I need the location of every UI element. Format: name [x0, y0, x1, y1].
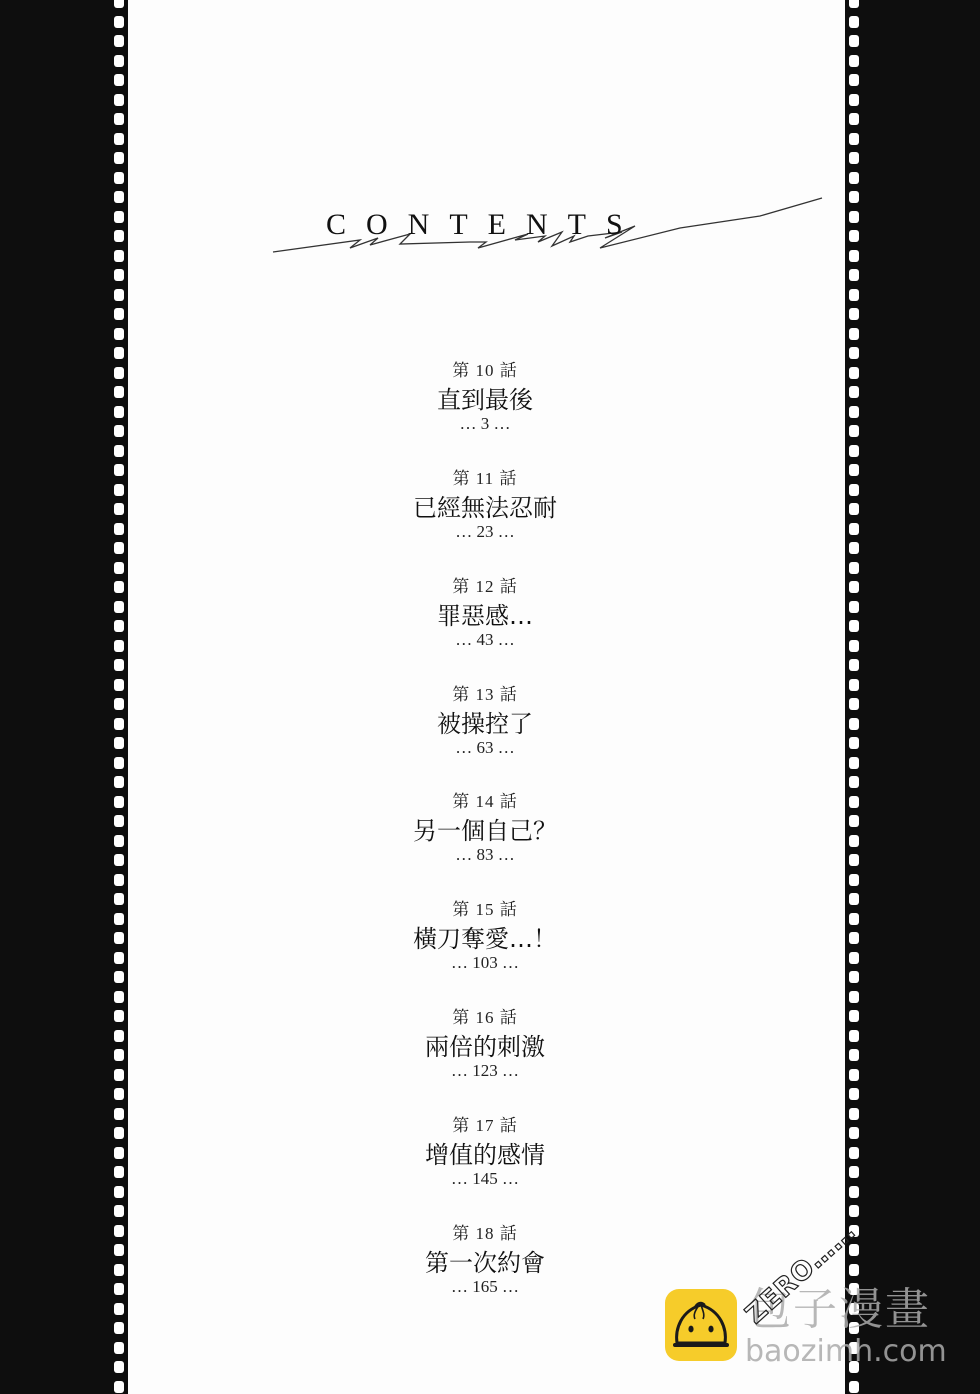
sprocket-hole — [114, 484, 124, 496]
sprocket-hole — [849, 659, 859, 671]
sprocket-hole — [114, 1264, 124, 1276]
sprocket-hole — [849, 620, 859, 632]
chapter-page: … 3 … — [320, 414, 650, 434]
sprocket-hole — [114, 932, 124, 944]
sprocket-hole — [849, 679, 859, 691]
sprocket-hole — [114, 796, 124, 808]
sprocket-hole — [849, 1030, 859, 1042]
chapter-page: … 23 … — [320, 522, 650, 542]
sprocket-hole — [849, 815, 859, 827]
sprocket-hole — [114, 386, 124, 398]
sprocket-hole — [849, 854, 859, 866]
sprocket-hole — [114, 0, 124, 8]
sprocket-hole — [849, 1186, 859, 1198]
sprocket-hole — [849, 874, 859, 886]
sprocket-hole — [849, 230, 859, 242]
sprocket-hole — [849, 0, 859, 8]
sprocket-hole — [849, 562, 859, 574]
film-strip-left — [0, 0, 128, 1394]
sprocket-hole — [114, 172, 124, 184]
sprocket-hole — [114, 230, 124, 242]
sprocket-hole — [849, 932, 859, 944]
chapter-number: 第 12 話 — [320, 576, 650, 598]
sprocket-hole — [114, 1010, 124, 1022]
chapter-number: 第 13 話 — [320, 684, 650, 706]
sprocket-hole — [849, 308, 859, 320]
sprocket-hole — [114, 1342, 124, 1354]
sprocket-hole — [114, 1225, 124, 1237]
sprocket-hole — [114, 94, 124, 106]
sprocket-hole — [114, 35, 124, 47]
sprocket-hole — [849, 347, 859, 359]
sprocket-hole — [114, 1127, 124, 1139]
chapter-page: … 145 … — [320, 1169, 650, 1189]
sprocket-hole — [849, 191, 859, 203]
sprocket-hole — [114, 289, 124, 301]
sprocket-hole — [849, 991, 859, 1003]
sprocket-hole — [849, 757, 859, 769]
toc-entry[interactable]: 第 10 話 直到最後 … 3 … — [320, 360, 650, 460]
sprocket-holes-left — [114, 0, 125, 1394]
sprocket-holes-right — [849, 0, 860, 1394]
sprocket-hole — [849, 152, 859, 164]
sprocket-hole — [849, 737, 859, 749]
sprocket-hole — [114, 1283, 124, 1295]
sprocket-hole — [849, 250, 859, 262]
chapter-number: 第 14 話 — [320, 791, 650, 813]
sprocket-hole — [114, 464, 124, 476]
sprocket-hole — [114, 1303, 124, 1315]
sprocket-hole — [849, 581, 859, 593]
sprocket-hole — [849, 1108, 859, 1120]
sprocket-hole — [114, 542, 124, 554]
chapter-number: 第 16 話 — [320, 1007, 650, 1029]
sprocket-hole — [114, 562, 124, 574]
sprocket-hole — [114, 211, 124, 223]
sprocket-hole — [114, 893, 124, 905]
sprocket-hole — [114, 406, 124, 418]
sprocket-hole — [114, 523, 124, 535]
sprocket-hole — [849, 328, 859, 340]
sprocket-hole — [849, 698, 859, 710]
watermark-domain: baozimh.com — [745, 1335, 947, 1369]
chapter-page: … 123 … — [320, 1061, 650, 1081]
sprocket-hole — [114, 971, 124, 983]
sprocket-hole — [849, 952, 859, 964]
sprocket-hole — [849, 523, 859, 535]
sprocket-hole — [114, 659, 124, 671]
sprocket-hole — [114, 601, 124, 613]
film-strip-right — [845, 0, 980, 1394]
sprocket-hole — [114, 1244, 124, 1256]
toc-entry[interactable]: 第 14 話 另一個自己？ … 83 … — [320, 791, 650, 891]
sprocket-hole — [114, 113, 124, 125]
chapter-number: 第 17 話 — [320, 1115, 650, 1137]
chapter-number: 第 18 話 — [320, 1223, 650, 1245]
sprocket-hole — [849, 425, 859, 437]
sprocket-hole — [114, 874, 124, 886]
toc-entry[interactable]: 第 13 話 被操控了 … 63 … — [320, 684, 650, 784]
sprocket-hole — [114, 250, 124, 262]
sprocket-hole — [849, 1010, 859, 1022]
toc-entry[interactable]: 第 18 話 第一次約會 … 165 … — [320, 1223, 650, 1323]
sprocket-hole — [849, 1147, 859, 1159]
sprocket-hole — [849, 1264, 859, 1276]
chapter-title: 第一次約會 — [320, 1246, 650, 1280]
chapter-title: 增值的感情 — [320, 1138, 650, 1172]
chapter-page: … 83 … — [320, 845, 650, 865]
sprocket-hole — [849, 367, 859, 379]
sprocket-hole — [849, 1088, 859, 1100]
toc-entry[interactable]: 第 11 話 已經無法忍耐 … 23 … — [320, 468, 650, 568]
chapter-title: 另一個自己？ — [320, 814, 650, 848]
sprocket-hole — [849, 835, 859, 847]
sprocket-hole — [849, 74, 859, 86]
sprocket-hole — [849, 484, 859, 496]
sprocket-hole — [849, 289, 859, 301]
sprocket-hole — [114, 55, 124, 67]
sprocket-hole — [114, 328, 124, 340]
sprocket-hole — [114, 620, 124, 632]
sprocket-hole — [849, 1166, 859, 1178]
sprocket-hole — [849, 503, 859, 515]
sprocket-hole — [114, 679, 124, 691]
sprocket-hole — [114, 425, 124, 437]
sprocket-hole — [849, 718, 859, 730]
sprocket-hole — [849, 269, 859, 281]
sprocket-hole — [849, 445, 859, 457]
chapter-title: 直到最後 — [320, 383, 650, 417]
contents-title: CONTENTS — [326, 208, 643, 242]
sprocket-hole — [849, 406, 859, 418]
sprocket-hole — [849, 913, 859, 925]
contents-heading: CONTENTS — [270, 190, 830, 260]
toc-entry[interactable]: 第 12 話 罪惡感… … 43 … — [320, 576, 650, 676]
chapter-page: … 63 … — [320, 738, 650, 758]
toc-entry[interactable]: 第 15 話 橫刀奪愛…！ … 103 … — [320, 899, 650, 999]
sprocket-hole — [114, 1166, 124, 1178]
sprocket-hole — [849, 35, 859, 47]
sprocket-hole — [114, 1205, 124, 1217]
manga-contents-page: CONTENTS 第 10 話 直到最後 … 3 … 第 11 話 已經無法忍耐… — [0, 0, 980, 1394]
chapter-page: … 165 … — [320, 1277, 650, 1297]
chapter-title: 橫刀奪愛…！ — [320, 922, 650, 956]
sprocket-hole — [114, 269, 124, 281]
chapter-title: 被操控了 — [320, 707, 650, 741]
sprocket-hole — [114, 718, 124, 730]
sprocket-hole — [849, 94, 859, 106]
sprocket-hole — [114, 74, 124, 86]
sprocket-hole — [849, 893, 859, 905]
chapter-title: 罪惡感… — [320, 599, 650, 633]
sprocket-hole — [849, 1127, 859, 1139]
sprocket-hole — [114, 640, 124, 652]
sprocket-hole — [114, 854, 124, 866]
chapter-page: … 103 … — [320, 953, 650, 973]
sprocket-hole — [849, 172, 859, 184]
chapter-page: … 43 … — [320, 630, 650, 650]
sprocket-hole — [849, 464, 859, 476]
sprocket-hole — [114, 152, 124, 164]
sprocket-hole — [849, 542, 859, 554]
sprocket-hole — [114, 347, 124, 359]
sprocket-hole — [849, 1205, 859, 1217]
sprocket-hole — [114, 1088, 124, 1100]
chapter-title: 已經無法忍耐 — [320, 491, 650, 525]
sprocket-hole — [849, 796, 859, 808]
sprocket-hole — [114, 191, 124, 203]
sprocket-hole — [114, 1186, 124, 1198]
sprocket-hole — [114, 367, 124, 379]
sprocket-hole — [114, 16, 124, 28]
sprocket-hole — [114, 913, 124, 925]
sprocket-hole — [114, 1049, 124, 1061]
steamed-bun-icon — [665, 1289, 737, 1361]
chapter-number: 第 10 話 — [320, 360, 650, 382]
sprocket-hole — [114, 815, 124, 827]
chapter-number: 第 15 話 — [320, 899, 650, 921]
sprocket-hole — [114, 1030, 124, 1042]
watermark: 包子漫畫 baozimh.com — [665, 1285, 975, 1385]
sprocket-hole — [849, 55, 859, 67]
sprocket-hole — [114, 581, 124, 593]
sprocket-hole — [849, 601, 859, 613]
chapter-title: 兩倍的刺激 — [320, 1030, 650, 1064]
sprocket-hole — [114, 445, 124, 457]
sprocket-hole — [114, 1069, 124, 1081]
sprocket-hole — [114, 503, 124, 515]
sprocket-hole — [849, 16, 859, 28]
sprocket-hole — [114, 1108, 124, 1120]
sprocket-hole — [849, 113, 859, 125]
sprocket-hole — [114, 737, 124, 749]
toc-entry[interactable]: 第 16 話 兩倍的刺激 … 123 … — [320, 1007, 650, 1107]
sprocket-hole — [114, 698, 124, 710]
sprocket-hole — [849, 1069, 859, 1081]
sprocket-hole — [849, 133, 859, 145]
sprocket-hole — [114, 133, 124, 145]
sprocket-hole — [114, 757, 124, 769]
chapter-number: 第 11 話 — [320, 468, 650, 490]
sprocket-hole — [114, 776, 124, 788]
sprocket-hole — [849, 211, 859, 223]
sprocket-hole — [849, 386, 859, 398]
sprocket-hole — [114, 1147, 124, 1159]
sprocket-hole — [114, 1322, 124, 1334]
sprocket-hole — [114, 952, 124, 964]
sprocket-hole — [849, 776, 859, 788]
sprocket-hole — [114, 1381, 124, 1393]
sprocket-hole — [849, 1049, 859, 1061]
sprocket-hole — [114, 991, 124, 1003]
sprocket-hole — [114, 835, 124, 847]
sprocket-hole — [849, 971, 859, 983]
sprocket-hole — [849, 640, 859, 652]
sprocket-hole — [114, 308, 124, 320]
toc-entry[interactable]: 第 17 話 增值的感情 … 145 … — [320, 1115, 650, 1215]
sprocket-hole — [114, 1361, 124, 1373]
